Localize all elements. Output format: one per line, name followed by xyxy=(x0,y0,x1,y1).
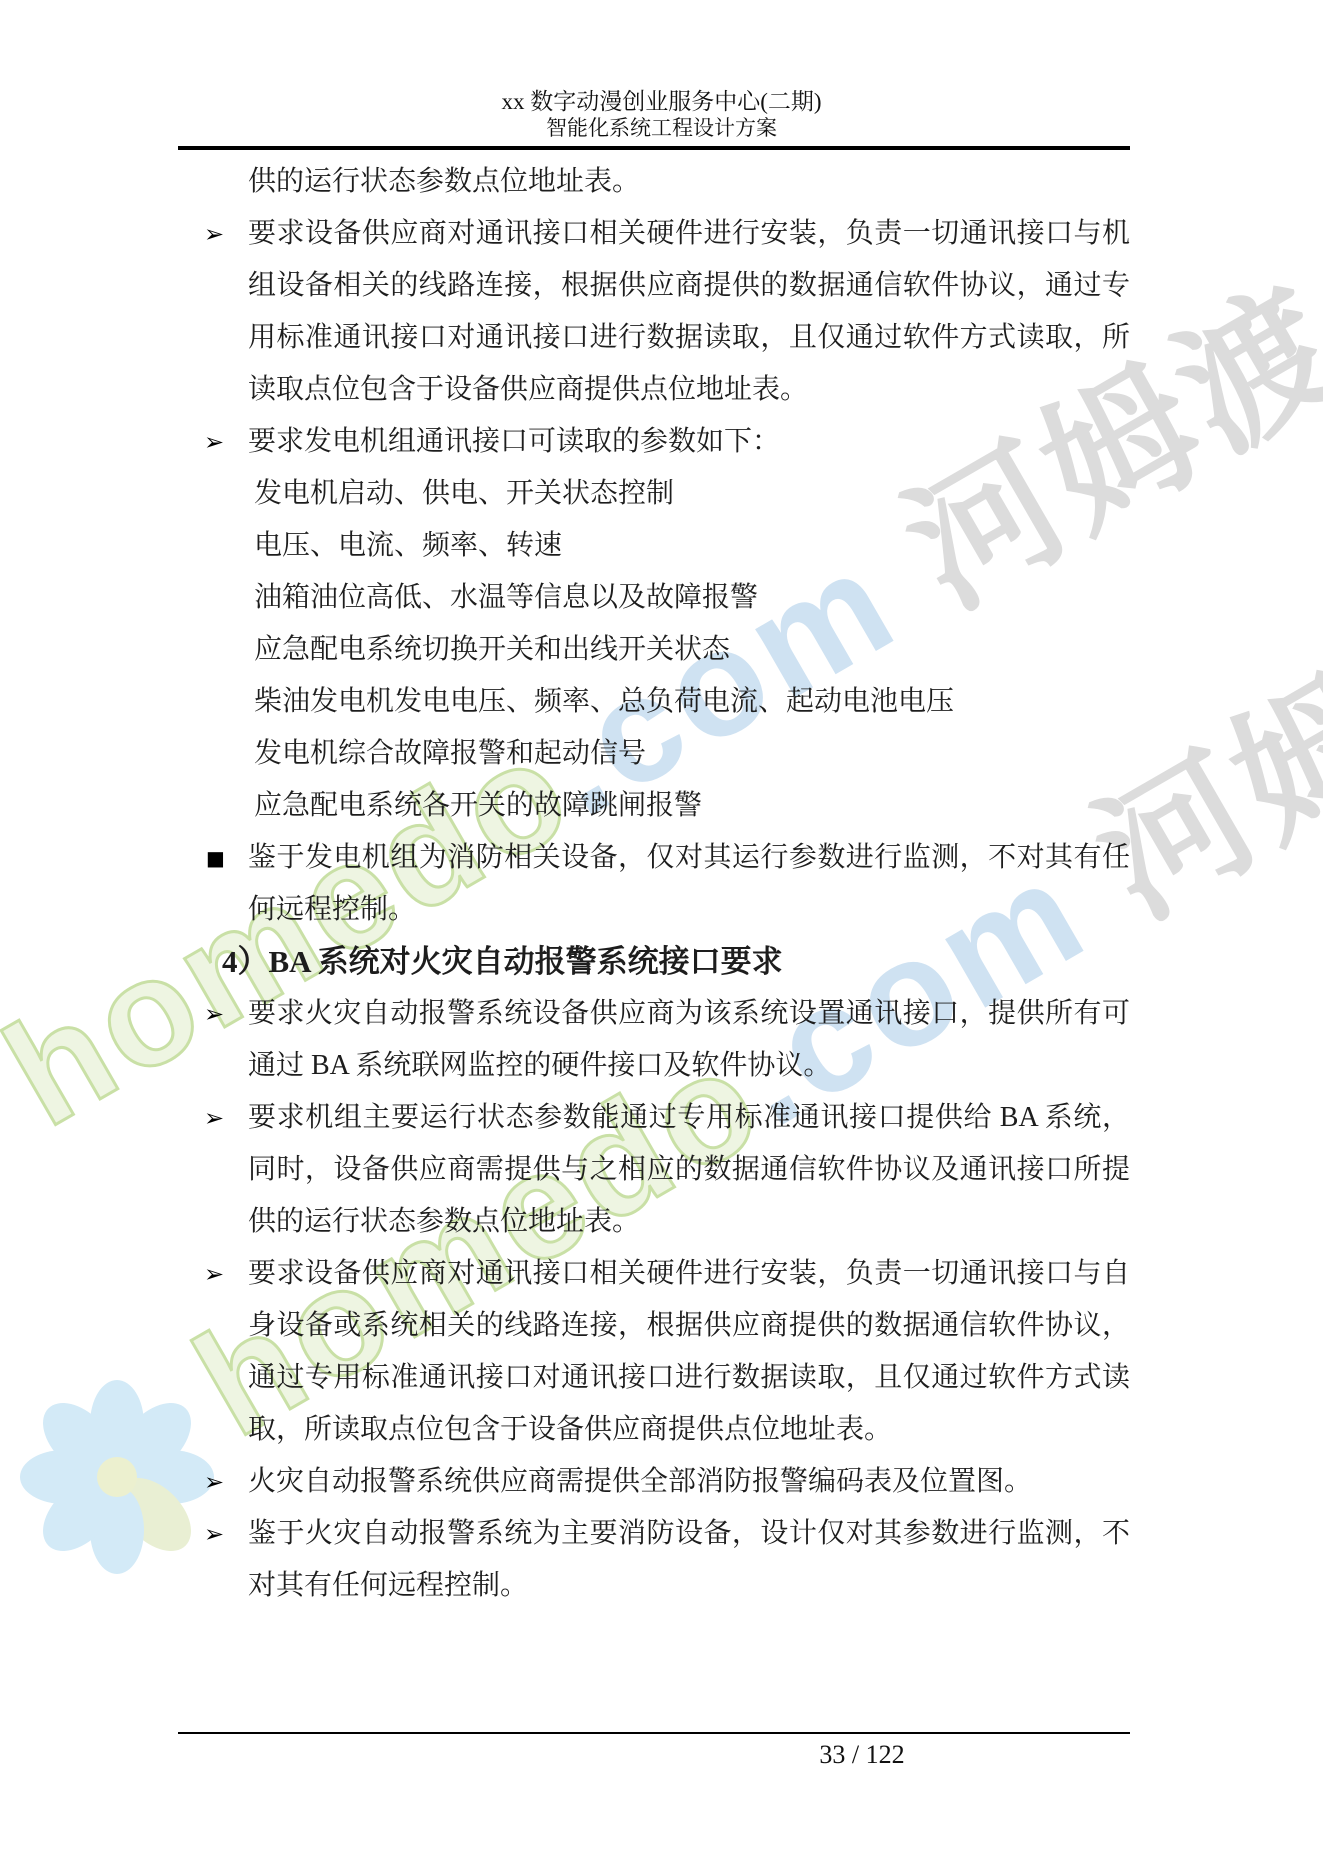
text-line: 身设备或系统相关的线路连接，根据供应商提供的数据通信软件协议， xyxy=(178,1300,1130,1352)
paragraph-square: ■鉴于发电机组为消防相关设备，仅对其运行参数进行监测，不对其有任何远程控制。 xyxy=(178,832,1130,936)
text-line: 取，所读取点位包含于设备供应商提供点位地址表。 xyxy=(178,1404,1130,1456)
text-line: 鉴于火灾自动报警系统为主要消防设备，设计仅对其参数进行监测，不 xyxy=(178,1508,1130,1560)
paragraph-arrow: ➢要求火灾自动报警系统设备供应商为该系统设置通讯接口，提供所有可通过 BA 系统… xyxy=(178,988,1130,1092)
text-line: 供的运行状态参数点位地址表。 xyxy=(178,1196,1130,1248)
text-line: 要求设备供应商对通讯接口相关硬件进行安装，负责一切通讯接口与机 xyxy=(178,208,1130,260)
text-line: 要求发电机组通讯接口可读取的参数如下： xyxy=(178,416,1130,468)
paragraph-arrow: ➢要求设备供应商对通讯接口相关硬件进行安装，负责一切通讯接口与机组设备相关的线路… xyxy=(178,208,1130,416)
text-line: 柴油发电机发电电压、频率、总负荷电流、起动电池电压 xyxy=(178,676,1130,728)
footer-rule xyxy=(178,1732,1130,1734)
text-line: 用标准通讯接口对通讯接口进行数据读取，且仅通过软件方式读取，所 xyxy=(178,312,1130,364)
paragraph-plain: 应急配电系统切换开关和出线开关状态 xyxy=(178,624,1130,676)
section-heading: 4）BA 系统对火灾自动报警系统接口要求 xyxy=(178,936,1130,988)
paragraph-arrow: ➢火灾自动报警系统供应商需提供全部消防报警编码表及位置图。 xyxy=(178,1456,1130,1508)
paragraph-plain: 应急配电系统各开关的故障跳闸报警 xyxy=(178,780,1130,832)
text-line: 通过 BA 系统联网监控的硬件接口及软件协议。 xyxy=(178,1040,1130,1092)
text-line: 对其有任何远程控制。 xyxy=(178,1560,1130,1612)
text-line: 应急配电系统切换开关和出线开关状态 xyxy=(178,624,1130,676)
text-line: 同时，设备供应商需提供与之相应的数据通信软件协议及通讯接口所提 xyxy=(178,1144,1130,1196)
text-line: 电压、电流、频率、转速 xyxy=(178,520,1130,572)
paragraph-plain: 发电机综合故障报警和起动信号 xyxy=(178,728,1130,780)
arrow-bullet-icon: ➢ xyxy=(204,1248,224,1300)
page-header: xx 数字动漫创业服务中心(二期) 智能化系统工程设计方案 xyxy=(0,88,1323,141)
text-line: 读取点位包含于设备供应商提供点位地址表。 xyxy=(178,364,1130,416)
paragraph-plain: 发电机启动、供电、开关状态控制 xyxy=(178,468,1130,520)
text-line: 供的运行状态参数点位地址表。 xyxy=(178,156,1130,208)
text-line: 要求设备供应商对通讯接口相关硬件进行安装，负责一切通讯接口与自 xyxy=(178,1248,1130,1300)
arrow-bullet-icon: ➢ xyxy=(204,208,224,260)
paragraph-continuation: 供的运行状态参数点位地址表。 xyxy=(178,156,1130,208)
text-line: 通过专用标准通讯接口对通讯接口进行数据读取，且仅通过软件方式读 xyxy=(178,1352,1130,1404)
arrow-bullet-icon: ➢ xyxy=(204,1092,224,1144)
document-page: homedo.com 河姆渡 homedo.com 河姆渡 xx 数字动漫创业服… xyxy=(0,0,1323,1871)
arrow-bullet-icon: ➢ xyxy=(204,1508,224,1560)
paragraph-arrow: ➢要求机组主要运行状态参数能通过专用标准通讯接口提供给 BA 系统，同时，设备供… xyxy=(178,1092,1130,1248)
paragraph-plain: 电压、电流、频率、转速 xyxy=(178,520,1130,572)
paragraph-arrow: ➢要求设备供应商对通讯接口相关硬件进行安装，负责一切通讯接口与自身设备或系统相关… xyxy=(178,1248,1130,1456)
page-number: 33 / 122 xyxy=(772,1740,952,1770)
text-line: 组设备相关的线路连接，根据供应商提供的数据通信软件协议，通过专 xyxy=(178,260,1130,312)
text-line: 要求火灾自动报警系统设备供应商为该系统设置通讯接口，提供所有可 xyxy=(178,988,1130,1040)
text-line: 火灾自动报警系统供应商需提供全部消防报警编码表及位置图。 xyxy=(178,1456,1130,1508)
paragraph-arrow: ➢鉴于火灾自动报警系统为主要消防设备，设计仅对其参数进行监测，不对其有任何远程控… xyxy=(178,1508,1130,1612)
text-line: 应急配电系统各开关的故障跳闸报警 xyxy=(178,780,1130,832)
paragraph-arrow: ➢要求发电机组通讯接口可读取的参数如下： xyxy=(178,416,1130,468)
text-line: 发电机综合故障报警和起动信号 xyxy=(178,728,1130,780)
square-bullet-icon: ■ xyxy=(206,832,225,884)
arrow-bullet-icon: ➢ xyxy=(204,988,224,1040)
header-rule xyxy=(178,146,1130,150)
text-line: 油箱油位高低、水温等信息以及故障报警 xyxy=(178,572,1130,624)
paragraph-plain: 油箱油位高低、水温等信息以及故障报警 xyxy=(178,572,1130,624)
header-subtitle: 智能化系统工程设计方案 xyxy=(0,116,1323,141)
arrow-bullet-icon: ➢ xyxy=(204,1456,224,1508)
text-line: 4）BA 系统对火灾自动报警系统接口要求 xyxy=(178,936,1130,988)
paragraph-plain: 柴油发电机发电电压、频率、总负荷电流、起动电池电压 xyxy=(178,676,1130,728)
text-line: 鉴于发电机组为消防相关设备，仅对其运行参数进行监测，不对其有任 xyxy=(178,832,1130,884)
content-blocks: 供的运行状态参数点位地址表。➢要求设备供应商对通讯接口相关硬件进行安装，负责一切… xyxy=(178,156,1130,1612)
text-line: 要求机组主要运行状态参数能通过专用标准通讯接口提供给 BA 系统， xyxy=(178,1092,1130,1144)
header-title: xx 数字动漫创业服务中心(二期) xyxy=(0,88,1323,116)
text-line: 发电机启动、供电、开关状态控制 xyxy=(178,468,1130,520)
arrow-bullet-icon: ➢ xyxy=(204,416,224,468)
text-line: 何远程控制。 xyxy=(178,884,1130,936)
